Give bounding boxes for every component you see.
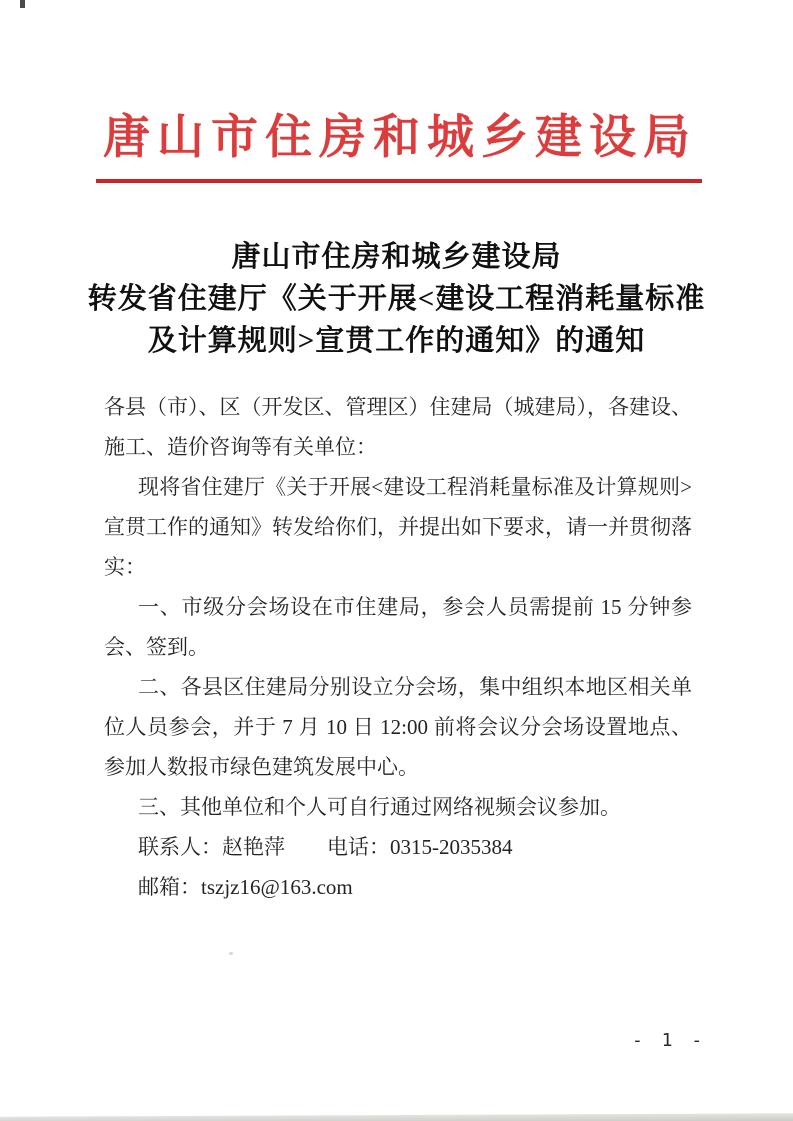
document-title-line-1: 唐山市住房和城乡建设局 bbox=[0, 236, 793, 278]
scan-artifact-speck bbox=[229, 952, 233, 955]
contact-line: 联系人：赵艳萍 电话：0315-2035384 bbox=[104, 827, 692, 867]
document-title-line-2: 转发省住建厅《关于开展<建设工程消耗量标准 bbox=[0, 278, 793, 320]
letterhead-org-name: 唐山市住房和城乡建设局 bbox=[0, 100, 793, 167]
item-1-paragraph: 一、市级分会场设在市住建局，参会人员需提前 15 分钟参会、签到。 bbox=[104, 587, 692, 667]
salutation-paragraph: 各县（市）、区（开发区、管理区）住建局（城建局），各建设、施工、造价咨询等有关单… bbox=[104, 387, 692, 467]
page-number: - 1 - bbox=[632, 1030, 706, 1051]
document-body: 各县（市）、区（开发区、管理区）住建局（城建局），各建设、施工、造价咨询等有关单… bbox=[104, 387, 692, 907]
item-2-paragraph: 二、各县区住建局分别设立分会场，集中组织本地区相关单位人员参会，并于 7 月 1… bbox=[104, 667, 692, 787]
document-title-line-3: 及计算规则>宣贯工作的通知》的通知 bbox=[0, 320, 793, 362]
document-title: 唐山市住房和城乡建设局 转发省住建厅《关于开展<建设工程消耗量标准 及计算规则>… bbox=[0, 236, 793, 362]
scan-artifact-mark bbox=[20, 0, 25, 8]
email-line: 邮箱：tszjz16@163.com bbox=[104, 867, 692, 907]
document-page: 唐山市住房和城乡建设局 唐山市住房和城乡建设局 转发省住建厅《关于开展<建设工程… bbox=[0, 0, 793, 1121]
scan-edge-shadow bbox=[0, 1113, 793, 1121]
letterhead-divider-line bbox=[96, 179, 702, 183]
intro-paragraph: 现将省住建厅《关于开展<建设工程消耗量标准及计算规则>宣贯工作的通知》转发给你们… bbox=[104, 467, 692, 587]
item-3-paragraph: 三、其他单位和个人可自行通过网络视频会议参加。 bbox=[104, 787, 692, 827]
